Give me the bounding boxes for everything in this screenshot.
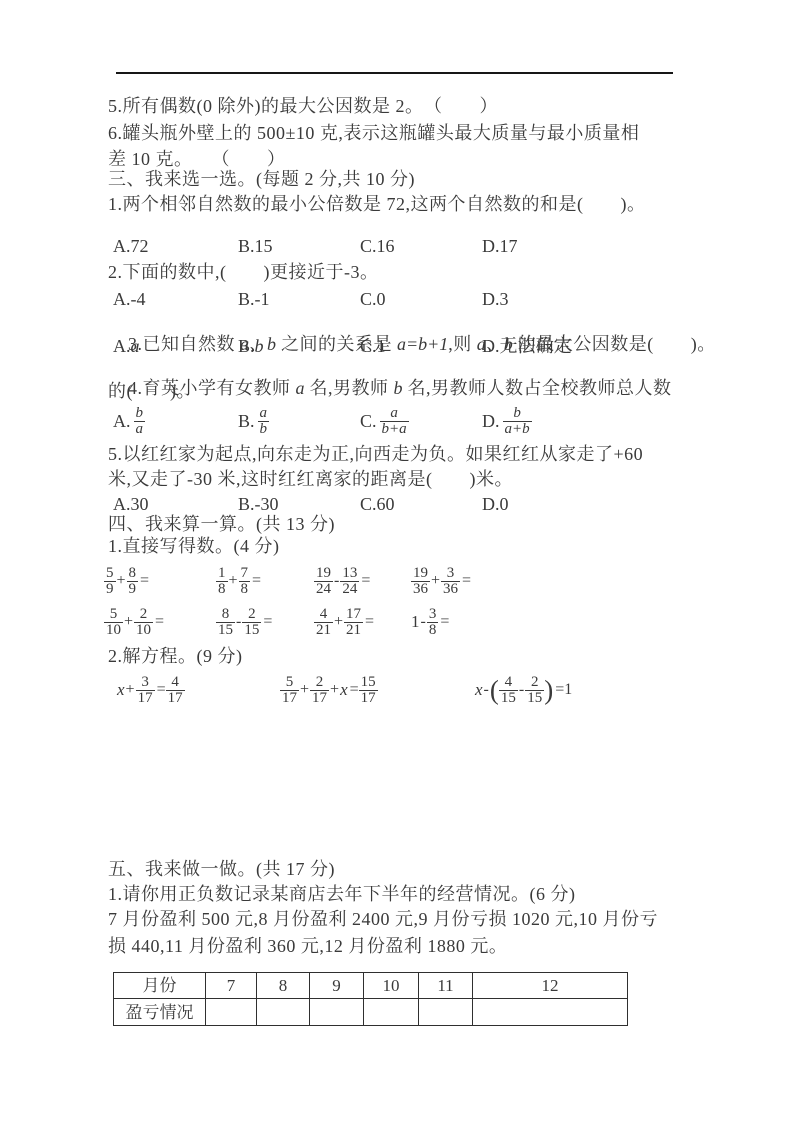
table-answer-cell-8: [257, 999, 310, 1026]
s3-q5-option-d: D.0: [482, 493, 509, 515]
option-label: B.: [238, 336, 255, 356]
fraction-numerator: 2: [529, 675, 541, 690]
fraction-numerator: 4: [503, 675, 515, 690]
fraction-numerator: 17: [344, 607, 363, 622]
calc-expression-6: 815-215=: [216, 604, 272, 640]
s3-q1-option-a: A.72: [113, 235, 149, 257]
s3-q2-text: 2.下面的数中,( )更接近于-3。: [108, 261, 378, 283]
operator: -: [421, 613, 426, 631]
fraction: 317: [136, 675, 155, 706]
s4-sub1: 1.直接写得数。(4 分): [108, 535, 280, 557]
s3-q5-option-b: B.-30: [238, 493, 279, 515]
fraction: 1324: [340, 566, 359, 597]
fraction-denominator: 15: [499, 690, 518, 706]
s3-q4-option-d: D.ba+b: [482, 403, 532, 439]
fraction: 415: [499, 675, 518, 706]
equals-sign: =: [440, 613, 449, 631]
s3-q2-option-a: A.-4: [113, 288, 146, 310]
fraction-denominator: 24: [340, 581, 359, 597]
fraction-denominator: 9: [127, 581, 139, 597]
fraction-numerator: 19: [411, 566, 430, 581]
calc-expression-4: 1936+336=: [411, 563, 471, 599]
s5-sub1: 1.请你用正负数记录某商店去年下半年的经营情况。(6 分): [108, 883, 576, 905]
fraction-denominator: 10: [104, 622, 123, 638]
fraction: 217: [310, 675, 329, 706]
equals-sign: =: [252, 572, 261, 590]
s3-q3-option-c: C.1: [360, 335, 386, 357]
equals-sign: =: [350, 681, 359, 699]
fraction-numerator: 3: [445, 566, 457, 581]
fraction-denominator: 17: [310, 690, 329, 706]
s3-q2-options: A.-4 B.-1 C.0 D.3: [108, 288, 708, 312]
operator: +: [229, 572, 238, 590]
s3-q4-var2: b: [394, 378, 403, 398]
fraction-denominator: a: [134, 421, 146, 437]
table-header-9: 9: [310, 973, 364, 999]
fraction-numerator: 3: [427, 607, 439, 622]
fraction-numerator: 5: [284, 675, 296, 690]
fraction: 78: [239, 566, 251, 597]
calc-expression-3: 1924-1324=: [314, 563, 370, 599]
fraction-numerator: 2: [246, 607, 258, 622]
fraction: ab+a: [380, 406, 409, 437]
fraction-numerator: a: [388, 406, 400, 421]
fraction: 510: [104, 607, 123, 638]
option-label: C.: [360, 411, 377, 432]
fraction-denominator: 36: [411, 581, 430, 597]
operator: -: [519, 681, 524, 699]
calc-expression-7: 421+1721=: [314, 604, 374, 640]
variable-x: x: [117, 680, 125, 700]
fraction-denominator: a+b: [503, 421, 532, 437]
table-header-11: 11: [419, 973, 473, 999]
equals-sign: =: [462, 572, 471, 590]
fraction: 336: [441, 566, 460, 597]
fraction-denominator: 17: [136, 690, 155, 706]
option-label: A.: [113, 411, 131, 432]
table-header-8: 8: [257, 973, 310, 999]
fraction-denominator: 15: [216, 622, 235, 638]
s5-desc-line2: 损 440,11 月份盈利 360 元,12 月份盈利 1880 元。: [108, 935, 507, 957]
fraction: 89: [127, 566, 139, 597]
s3-q4-option-a: A.ba: [113, 403, 145, 439]
table-header-month: 月份: [114, 973, 206, 999]
fraction-numerator: b: [134, 406, 146, 421]
section4-heading: 四、我来算一算。(共 13 分): [108, 513, 335, 535]
s3-q4-seg2: 名,男教师: [305, 378, 394, 398]
s3-q3-option-d: D.无法确定: [482, 335, 572, 357]
fraction-numerator: 19: [314, 566, 333, 581]
fraction-denominator: 8: [427, 622, 439, 638]
table-answer-cell-12: [473, 999, 628, 1026]
fraction-denominator: 15: [525, 690, 544, 706]
fraction-numerator: 7: [239, 566, 251, 581]
operator: -: [484, 681, 489, 699]
variable-x: x: [475, 680, 483, 700]
s3-q4-option-c: C.ab+a: [360, 403, 409, 439]
fraction: 1924: [314, 566, 333, 597]
s3-q2-option-b: B.-1: [238, 288, 270, 310]
fraction: 1936: [411, 566, 430, 597]
fraction: ab: [258, 406, 270, 437]
table-value-row: 盈亏情况: [114, 999, 628, 1026]
option-label: C.1: [360, 336, 386, 356]
fraction-numerator: 8: [220, 607, 232, 622]
s3-q5-line2: 米,又走了-30 米,这时红红离家的距离是( )米。: [108, 468, 513, 490]
fraction: 59: [104, 566, 116, 597]
fraction: 1721: [344, 607, 363, 638]
fraction: ba: [134, 406, 146, 437]
s3-q4-var1: a: [296, 378, 305, 398]
s3-q4-option-b: B.ab: [238, 403, 269, 439]
option-label: D.: [482, 411, 500, 432]
operator: +: [300, 681, 309, 699]
table-header-row: 月份 7 8 9 10 11 12: [114, 973, 628, 999]
equals-sign: =: [365, 613, 374, 631]
fraction-numerator: 13: [340, 566, 359, 581]
judge-question-5: 5.所有偶数(0 除外)的最大公因数是 2。 （ ）: [108, 95, 498, 117]
fraction-numerator: 5: [104, 566, 116, 581]
fraction: 417: [166, 675, 185, 706]
fraction-denominator: 8: [216, 581, 228, 597]
fraction-numerator: 8: [127, 566, 139, 581]
table-answer-cell-10: [364, 999, 419, 1026]
fraction-denominator: b+a: [380, 421, 409, 437]
s3-q5-line1: 5.以红红家为起点,向东走为正,向西走为负。如果红红从家走了+60: [108, 443, 643, 465]
fraction: 38: [427, 607, 439, 638]
fraction-denominator: 8: [239, 581, 251, 597]
operator: +: [117, 572, 126, 590]
fraction-numerator: 2: [314, 675, 326, 690]
equals-tail: =1: [555, 681, 572, 699]
s3-q4-seg3: 名,男教师人数占全校教师总人数: [403, 378, 672, 398]
judge-question-6-line1: 6.罐头瓶外壁上的 500±10 克,表示这瓶罐头最大质量与最小质量相: [108, 122, 639, 144]
table-answer-cell-9: [310, 999, 364, 1026]
operator: +: [334, 613, 343, 631]
fraction: 421: [314, 607, 333, 638]
fraction: 215: [242, 607, 261, 638]
fraction-numerator: 5: [108, 607, 120, 622]
s3-q2-option-c: C.0: [360, 288, 386, 310]
option-var: b: [255, 336, 264, 356]
equation-1: x+317=417: [117, 671, 185, 709]
table-answer-cell-11: [419, 999, 473, 1026]
table-answer-cell-7: [206, 999, 257, 1026]
s5-desc-line1: 7 月份盈利 500 元,8 月份盈利 2400 元,9 月份亏损 1020 元…: [108, 908, 658, 930]
fraction: 815: [216, 607, 235, 638]
option-label: B.: [238, 411, 255, 432]
fraction-numerator: 4: [318, 607, 330, 622]
s3-q1-option-c: C.16: [360, 235, 395, 257]
fraction-denominator: 17: [166, 690, 185, 706]
equation-3: x-(415-215)=1: [475, 671, 572, 709]
fraction-denominator: 24: [314, 581, 333, 597]
profit-table: 月份 7 8 9 10 11 12 盈亏情况: [113, 972, 628, 1026]
operator: +: [126, 681, 135, 699]
fraction-denominator: b: [258, 421, 270, 437]
calc-row-1: 59+89= 18+78= 1924-1324= 1936+336=: [104, 563, 793, 599]
table-header-10: 10: [364, 973, 419, 999]
s3-q5-option-c: C.60: [360, 493, 395, 515]
fraction-numerator: a: [258, 406, 270, 421]
s3-q2-option-d: D.3: [482, 288, 509, 310]
calc-expression-5: 510+210=: [104, 604, 164, 640]
right-paren: ): [544, 677, 553, 704]
option-var: a: [131, 336, 140, 356]
fraction: 18: [216, 566, 228, 597]
operator: +: [124, 613, 133, 631]
table-header-7: 7: [206, 973, 257, 999]
operator: +: [330, 681, 339, 699]
integer-term: 1: [411, 612, 420, 632]
section3-heading: 三、我来选一选。(每题 2 分,共 10 分): [108, 168, 415, 190]
s4-sub2: 2.解方程。(9 分): [108, 645, 243, 667]
s3-q1-text: 1.两个相邻自然数的最小公倍数是 72,这两个自然数的和是( )。: [108, 193, 646, 215]
operator: +: [431, 572, 440, 590]
equals-sign: =: [361, 572, 370, 590]
operator: -: [334, 572, 339, 590]
s3-q1-option-d: D.17: [482, 235, 518, 257]
operator: -: [236, 613, 241, 631]
fraction-numerator: 4: [169, 675, 181, 690]
fraction-numerator: 15: [359, 675, 378, 690]
section5-heading: 五、我来做一做。(共 17 分): [108, 858, 335, 880]
calc-expression-1: 59+89=: [104, 563, 149, 599]
option-label: D.无法确定: [482, 336, 572, 356]
fraction-numerator: 3: [139, 675, 151, 690]
s3-q4-line2: 的( )。: [108, 380, 195, 402]
s3-q3-option-b: B.b: [238, 335, 264, 357]
fraction: 210: [134, 607, 153, 638]
judge-question-6-line2: 差 10 克。 （ ）: [108, 148, 286, 170]
s3-q1-option-b: B.15: [238, 235, 273, 257]
equals-sign: =: [157, 681, 166, 699]
calc-row-2: 510+210= 815-215= 421+1721= 1-38=: [104, 604, 793, 640]
fraction-denominator: 10: [134, 622, 153, 638]
table-row-label: 盈亏情况: [114, 999, 206, 1026]
fraction: 215: [525, 675, 544, 706]
equals-sign: =: [140, 572, 149, 590]
equals-sign: =: [263, 613, 272, 631]
fraction-numerator: b: [511, 406, 523, 421]
s3-q1-options: A.72 B.15 C.16 D.17: [108, 235, 708, 259]
equals-sign: =: [155, 613, 164, 631]
variable-x: x: [340, 680, 348, 700]
equation-2: 517+217+x=1517: [280, 671, 378, 709]
table-header-12: 12: [473, 973, 628, 999]
fraction-numerator: 1: [216, 566, 228, 581]
equation-row: x+317=417 517+217+x=1517 x-(415-215)=1: [0, 671, 700, 709]
fraction: 517: [280, 675, 299, 706]
fraction-denominator: 17: [359, 690, 378, 706]
fraction-denominator: 21: [344, 622, 363, 638]
fraction: ba+b: [503, 406, 532, 437]
fraction: 1517: [359, 675, 378, 706]
s3-q5-option-a: A.30: [113, 493, 149, 515]
fraction-denominator: 36: [441, 581, 460, 597]
fraction-denominator: 15: [242, 622, 261, 638]
calc-expression-8: 1-38=: [411, 604, 449, 640]
s3-q4-options: A.ba B.ab C.ab+a D.ba+b: [108, 403, 708, 439]
s3-q3-option-a: A.a: [113, 335, 140, 357]
top-divider-rule: [116, 72, 673, 74]
fraction-denominator: 9: [104, 581, 116, 597]
calc-expression-2: 18+78=: [216, 563, 261, 599]
fraction-denominator: 21: [314, 622, 333, 638]
option-label: A.: [113, 336, 131, 356]
fraction-denominator: 17: [280, 690, 299, 706]
worksheet-page: 5.所有偶数(0 除外)的最大公因数是 2。 （ ） 6.罐头瓶外壁上的 500…: [0, 0, 793, 1122]
fraction-numerator: 2: [138, 607, 150, 622]
left-paren: (: [490, 677, 499, 704]
